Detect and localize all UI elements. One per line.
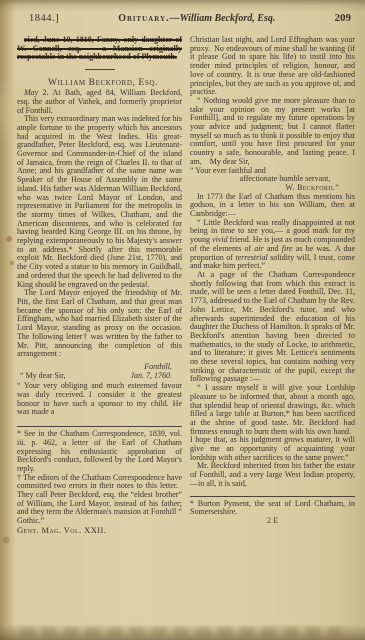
- printer-signature-mark: 2 E: [190, 517, 355, 526]
- paragraph-ancestry: This very extraordinary man was indebted…: [17, 115, 182, 289]
- footnote-dagger: † The editors of the Chatham Corresponde…: [17, 474, 182, 526]
- paragraph-nothing-would-give: “ Nothing would give me more pleasure th…: [190, 97, 355, 167]
- paragraph-death-notice: May 2. At Bath, aged 84, William Beckfor…: [17, 89, 182, 115]
- two-column-body: ried, June 10, 1810, Fanny, only daughte…: [13, 30, 357, 535]
- paragraph-lettice-letter: At a page of the Chatham Correspondence …: [190, 271, 355, 384]
- header-title-obituary: Obituary.: [118, 13, 169, 24]
- letter-salutation: “ My dear Sir,: [17, 372, 65, 381]
- paragraph-christening: Christian last night, and Lord Effingham…: [190, 36, 355, 97]
- magazine-volume-footer: Gent. Mag. Vol. XXII.: [17, 526, 182, 535]
- paragraph-oriental-drawings: “ I assure myself it will give your Lord…: [190, 384, 355, 462]
- footnote-burton-pynsent: * Burton Pynsent, the seat of Lord Chath…: [190, 500, 355, 517]
- page-title: Obituary.—William Beckford, Esq.: [118, 13, 275, 24]
- right-column: Christian last night, and Lord Effingham…: [190, 36, 355, 535]
- letter-heading: “ My dear Sir, Fonthill,Jan. 7, 1760.: [17, 363, 182, 380]
- header-year: 1844.]: [29, 13, 59, 24]
- paragraph-lord-mayor: The Lord Mayor enjoyed the friendship of…: [17, 289, 182, 359]
- paragraph-little-beckford: “ Little Beckford was really disappointe…: [190, 219, 355, 271]
- magazine-page: 1844.] Obituary.—William Beckford, Esq. …: [13, 10, 357, 626]
- section-divider-rule: [85, 69, 115, 70]
- footnote-rule-left: [17, 426, 182, 427]
- page-number: 209: [334, 12, 351, 24]
- struck-out-paragraph: ried, June 10, 1810, Fanny, only daughte…: [17, 36, 182, 62]
- paragraph-inheritance: Mr. Beckford inherited from his father t…: [190, 462, 355, 488]
- letter-dateline: Fonthill,Jan. 7, 1760.: [130, 363, 182, 380]
- header-title-name: —William Beckford, Esq.: [170, 13, 276, 24]
- left-column: ried, June 10, 1810, Fanny, only daughte…: [17, 36, 182, 535]
- letter-body: “ Your very obliging and much esteemed f…: [17, 382, 182, 417]
- footnote-rule-right: [190, 496, 355, 497]
- paragraph-1773-chatham: In 1773 the Earl of Chatham thus mention…: [190, 193, 355, 219]
- footnote-star: * See in the Chatham Correspondence, 183…: [17, 430, 182, 474]
- page-header: 1844.] Obituary.—William Beckford, Esq. …: [13, 10, 357, 30]
